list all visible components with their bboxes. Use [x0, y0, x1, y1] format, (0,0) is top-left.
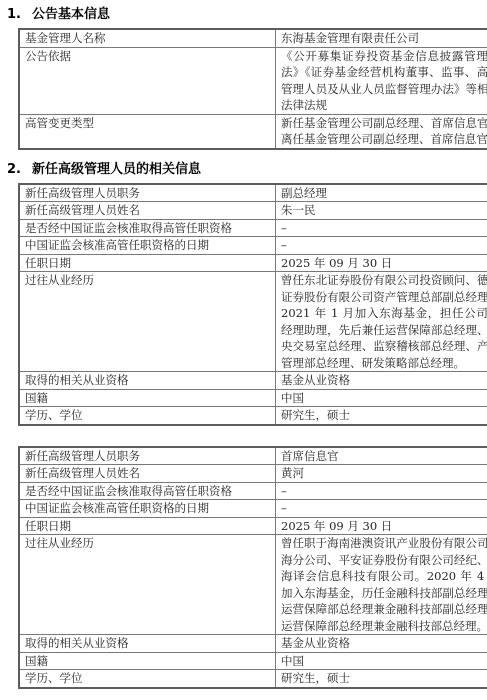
field-value: 首席信息官 — [276, 447, 487, 465]
field-label: 新任高级管理人员姓名 — [19, 465, 276, 483]
field-label: 基金管理人名称 — [19, 29, 276, 47]
field-label: 新任高级管理人员姓名 — [19, 202, 276, 220]
table-row: 国籍 中国 — [19, 652, 487, 670]
field-value: – — [276, 482, 487, 500]
field-value: 基金从业资格 — [276, 372, 487, 390]
table-row: 中国证监会核准高管任职资格的日期 – — [19, 237, 487, 255]
field-label: 学历、学位 — [19, 407, 276, 425]
field-value: 曾任职于海南港澳资讯产业股份有限公司上海分公司、平安证券股份有限公司经纪、上海译… — [276, 535, 487, 635]
table-row: 任职日期 2025 年 09 月 30 日 — [19, 517, 487, 535]
field-label: 取得的相关从业资格 — [19, 372, 276, 390]
table-row: 是否经中国证监会核准取得高管任职资格 – — [19, 482, 487, 500]
table-row: 中国证监会核准高管任职资格的日期 – — [19, 500, 487, 518]
field-value: – — [276, 500, 487, 518]
table-row: 新任高级管理人员姓名 朱一民 — [19, 202, 487, 220]
field-value: 2025 年 09 月 30 日 — [276, 517, 487, 535]
field-label: 任职日期 — [19, 254, 276, 272]
field-label: 是否经中国证监会核准取得高管任职资格 — [19, 482, 276, 500]
table-row: 过往从业经历 曾任职于海南港澳资讯产业股份有限公司上海分公司、平安证券股份有限公… — [19, 535, 487, 635]
field-label: 新任高级管理人员职务 — [19, 447, 276, 465]
field-value: – — [276, 219, 487, 237]
section-2-title: 新任高级管理人员的相关信息 — [32, 162, 201, 177]
field-value: 基金从业资格 — [276, 635, 487, 653]
section-1-heading: 1.公告基本信息 — [7, 7, 487, 23]
section-2-number: 2. — [7, 162, 21, 178]
field-label: 高管变更类型 — [19, 114, 276, 149]
field-value: 黄河 — [276, 465, 487, 483]
table-row: 任职日期 2025 年 09 月 30 日 — [19, 254, 487, 272]
field-label: 新任高级管理人员职务 — [19, 184, 276, 202]
field-value: 研究生，硕士 — [276, 670, 487, 688]
announcement-basic-info-table: 基金管理人名称 东海基金管理有限责任公司 公告依据 《公开募集证券投资基金信息披… — [18, 28, 487, 150]
field-label: 任职日期 — [19, 517, 276, 535]
table-row: 取得的相关从业资格 基金从业资格 — [19, 635, 487, 653]
field-label: 中国证监会核准高管任职资格的日期 — [19, 237, 276, 255]
field-value: 研究生，硕士 — [276, 407, 487, 425]
field-value: 2025 年 09 月 30 日 — [276, 254, 487, 272]
table-row: 学历、学位 研究生，硕士 — [19, 670, 487, 688]
table-row: 学历、学位 研究生，硕士 — [19, 407, 487, 425]
field-value: 中国 — [276, 652, 487, 670]
field-label: 过往从业经历 — [19, 535, 276, 635]
field-value: 中国 — [276, 389, 487, 407]
field-label: 中国证监会核准高管任职资格的日期 — [19, 500, 276, 518]
field-label: 取得的相关从业资格 — [19, 635, 276, 653]
table-row: 过往从业经历 曾任东北证券股份有限公司投资顾问、德邦证券股份有限公司资产管理总部… — [19, 272, 487, 372]
field-label: 学历、学位 — [19, 670, 276, 688]
section-1-number: 1. — [7, 7, 21, 23]
field-value: – — [276, 237, 487, 255]
table-row: 基金管理人名称 东海基金管理有限责任公司 — [19, 29, 487, 47]
document-page: 1.公告基本信息 基金管理人名称 东海基金管理有限责任公司 公告依据 《公开募集… — [0, 0, 487, 689]
field-label: 国籍 — [19, 652, 276, 670]
field-label: 是否经中国证监会核准取得高管任职资格 — [19, 219, 276, 237]
field-label: 公告依据 — [19, 47, 276, 114]
table-row: 取得的相关从业资格 基金从业资格 — [19, 372, 487, 390]
field-label: 过往从业经历 — [19, 272, 276, 372]
table-row: 公告依据 《公开募集证券投资基金信息披露管理办法》《证券基金经营机构董事、监事、… — [19, 47, 487, 114]
table-row: 新任高级管理人员职务 首席信息官 — [19, 447, 487, 465]
field-value: 东海基金管理有限责任公司 — [276, 29, 487, 47]
field-value: 曾任东北证券股份有限公司投资顾问、德邦证券股份有限公司资产管理总部副总经理，20… — [276, 272, 487, 372]
table-row: 是否经中国证监会核准取得高管任职资格 – — [19, 219, 487, 237]
table-row: 新任高级管理人员职务 副总经理 — [19, 184, 487, 202]
table-row: 新任高级管理人员姓名 黄河 — [19, 465, 487, 483]
field-value: 《公开募集证券投资基金信息披露管理办法》《证券基金经营机构董事、监事、高级管理人… — [276, 47, 487, 114]
new-executive-table-2: 新任高级管理人员职务 首席信息官 新任高级管理人员姓名 黄河 是否经中国证监会核… — [18, 446, 487, 689]
table-row: 高管变更类型 新任基金管理公司副总经理、首席信息官，离任基金管理公司副总经理、首… — [19, 114, 487, 149]
table-row: 国籍 中国 — [19, 389, 487, 407]
field-label: 国籍 — [19, 389, 276, 407]
section-1-title: 公告基本信息 — [32, 7, 110, 22]
new-executive-table-1: 新任高级管理人员职务 副总经理 新任高级管理人员姓名 朱一民 是否经中国证监会核… — [18, 183, 487, 426]
field-value: 新任基金管理公司副总经理、首席信息官，离任基金管理公司副总经理、首席信息官 — [276, 114, 487, 149]
section-2-heading: 2.新任高级管理人员的相关信息 — [7, 162, 487, 178]
field-value: 朱一民 — [276, 202, 487, 220]
field-value: 副总经理 — [276, 184, 487, 202]
